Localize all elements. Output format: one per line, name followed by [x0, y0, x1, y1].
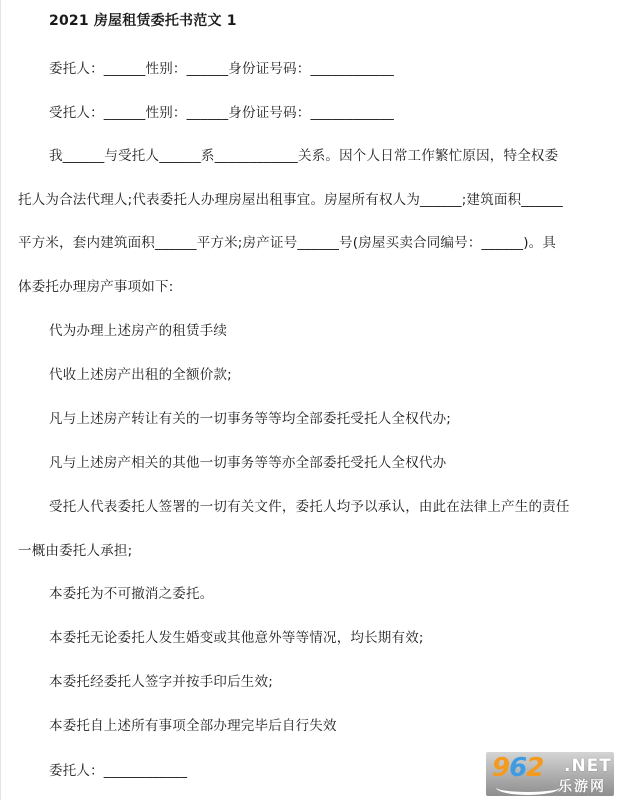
paragraph-line: 受托人代表委托人签署的一切有关文件，委托人均予以承认，由此在法律上产生的责任	[49, 498, 570, 516]
list-item: 本委托无论委托人发生婚变或其他意外等等情况，均长期有效;	[49, 629, 424, 647]
paragraph-line: 我______与受托人______系____________关系。因个人日常工作…	[49, 147, 558, 165]
list-item: 代收上述房产出租的全额价款;	[49, 366, 232, 384]
list-item: 凡与上述房产相关的其他一切事务等等亦全部委托受托人全权代办	[49, 454, 446, 472]
watermark-domain-suffix: .NET	[564, 756, 612, 776]
watermark-number: 962	[492, 753, 543, 783]
list-item: 凡与上述房产转让有关的一切事务等等均全部委托受托人全权代办;	[49, 410, 451, 428]
agent-info-line: 受托人：______性别：______身份证号码：____________	[49, 104, 394, 122]
list-item: 代为办理上述房产的租赁手续	[49, 322, 227, 340]
list-item: 本委托为不可撤消之委托。	[49, 585, 213, 603]
paragraph-line: 一概由委托人承担;	[18, 542, 132, 560]
paragraph-line: 平方米，套内建筑面积______平方米;房产证号______号(房屋买卖合同编号…	[18, 234, 556, 252]
client-info-line: 委托人：______性别：______身份证号码：____________	[49, 60, 394, 78]
paragraph-line: 体委托办理房产事项如下:	[18, 278, 173, 296]
document-page: 2021 房屋租赁委托书范文 1 委托人：______性别：______身份证号…	[0, 0, 620, 800]
watermark-chinese-name: 乐游网	[558, 776, 606, 796]
site-watermark-logo: 962 .NET 乐游网	[486, 752, 614, 796]
list-item: 本委托自上述所有事项全部办理完毕后自行失效	[49, 717, 337, 735]
swoosh-icon	[496, 780, 560, 795]
list-item: 本委托经委托人签字并按手印后生效;	[49, 673, 273, 691]
document-title: 2021 房屋租赁委托书范文 1	[49, 12, 237, 30]
paragraph-line: 托人为合法代理人;代表委托人办理房屋出租事宜。房屋所有权人为______;建筑面…	[18, 191, 563, 209]
signature-line: 委托人：____________	[49, 762, 187, 780]
